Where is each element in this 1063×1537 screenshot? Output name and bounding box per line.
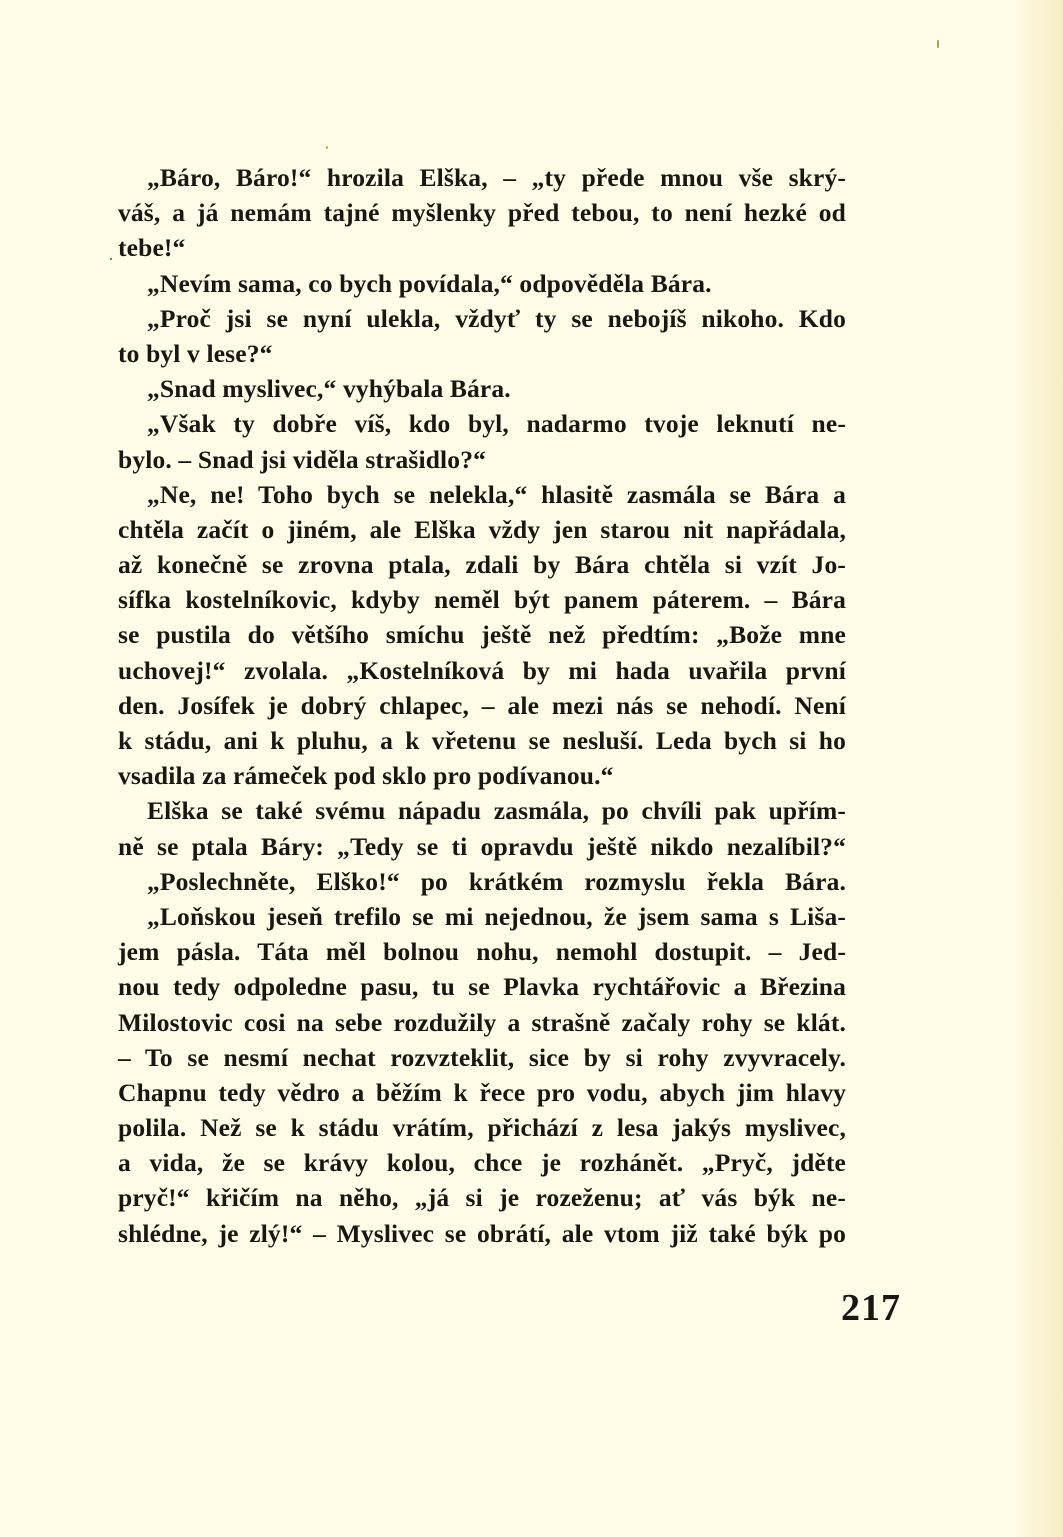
paper-speck: [326, 146, 328, 149]
text-line: váš, a já nemám tajné myšlenky před tebo…: [118, 195, 846, 230]
text-line: vsadila za rámeček pod sklo pro podívano…: [118, 758, 846, 793]
text-line: to byl v lese?“: [118, 336, 846, 371]
text-line: „Báro, Báro!“ hrozila Elška, – „ty přede…: [118, 160, 846, 195]
text-line: shlédne, je zlý!“ – Myslivec se obrátí, …: [118, 1216, 846, 1251]
text-line: ně se ptala Báry: „Tedy se ti opravdu je…: [118, 829, 846, 864]
text-line: „Však ty dobře víš, kdo byl, nadarmo tvo…: [118, 406, 846, 441]
text-line: k stádu, ani k pluhu, a k vřetenu se nes…: [118, 723, 846, 758]
paper-speck: [110, 258, 112, 260]
text-line: bylo. – Snad jsi viděla strašidlo?“: [118, 442, 846, 477]
text-line: „Snad myslivec,“ vyhýbala Bára.: [118, 371, 846, 406]
text-line: „Ne, ne! Toho bych se nelekla,“ hlasitě …: [118, 477, 846, 512]
text-line: – To se nesmí nechat rozvzteklit, sice b…: [118, 1040, 846, 1075]
text-line: nou tedy odpoledne pasu, tu se Plavka ry…: [118, 969, 846, 1004]
text-line: „Loňskou jeseň trefilo se mi nejednou, ž…: [118, 899, 846, 934]
text-line: až konečně se zrovna ptala, zdali by Bár…: [118, 547, 846, 582]
text-line: jem pásla. Táta měl bolnou nohu, nemohl …: [118, 934, 846, 969]
text-line: den. Josífek je dobrý chlapec, – ale mez…: [118, 688, 846, 723]
text-line: pryč!“ křičím na něho, „já si je rozežen…: [118, 1180, 846, 1215]
text-line: Chapnu tedy vědro a běžím k řece pro vod…: [118, 1075, 846, 1110]
text-line: „Nevím sama, co bych povídala,“ odpovědě…: [118, 266, 846, 301]
text-line: Milostovic cosi na sebe rozdužily a stra…: [118, 1005, 846, 1040]
text-line: a vida, že se krávy kolou, chce je rozhá…: [118, 1145, 846, 1180]
text-line: „Proč jsi se nyní ulekla, vždyť ty se ne…: [118, 301, 846, 336]
book-page: „Báro, Báro!“ hrozila Elška, – „ty přede…: [0, 0, 1063, 1537]
text-line: Elška se také svému nápadu zasmála, po c…: [118, 793, 846, 828]
text-line: polila. Než se k stádu vrátím, přichází …: [118, 1110, 846, 1145]
text-line: sífka kostelníkovic, kdyby neměl být pan…: [118, 582, 846, 617]
text-line: se pustila do většího smíchu ještě než p…: [118, 617, 846, 652]
text-line: uchovej!“ zvolala. „Kostelníková by mi h…: [118, 653, 846, 688]
body-text: „Báro, Báro!“ hrozila Elška, – „ty přede…: [118, 160, 846, 1251]
page-number: 217: [841, 1286, 901, 1330]
text-line: „Poslechněte, Elško!“ po krátkém rozmysl…: [118, 864, 846, 899]
text-line: tebe!“: [118, 230, 846, 265]
paper-speck: [937, 40, 939, 48]
text-line: chtěla začít o jiném, ale Elška vždy jen…: [118, 512, 846, 547]
